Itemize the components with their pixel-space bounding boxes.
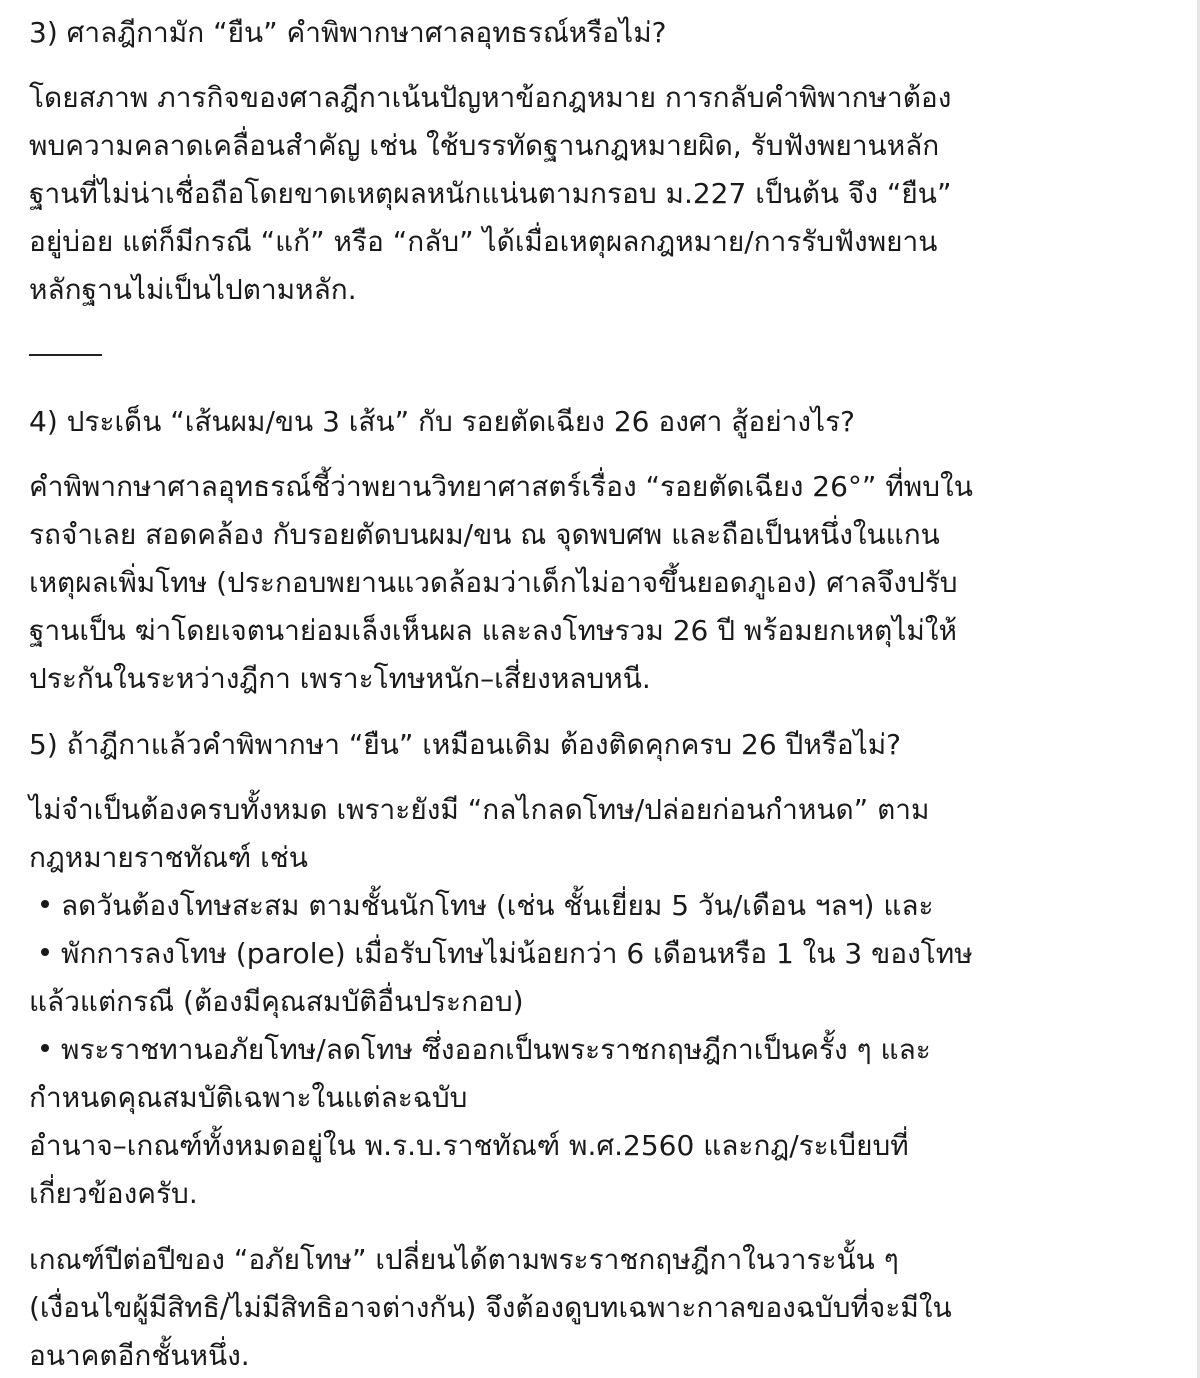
note-line: เกณฑ์ปีต่อปีของ “อภัยโทษ” เปลี่ยนได้ตามพ…: [29, 1236, 952, 1284]
bullet-text: ลดวันต้องโทษสะสม ตามชั้นนักโทษ (เช่น ชั้…: [61, 889, 934, 922]
bullet-continuation: แล้วแต่กรณี (ต้องมีคุณสมบัติอื่นประกอบ): [29, 978, 973, 1026]
answer-3-line: พบความคลาดเคลื่อนสำคัญ เช่น ใช้บรรทัดฐาน…: [29, 122, 951, 170]
answer-5-line: ไม่จำเป็นต้องครบทั้งหมด เพราะยังมี “กลไก…: [29, 786, 973, 834]
closing-line: อำนาจ–เกณฑ์ทั้งหมดอยู่ใน พ.ร.บ.ราชทัณฑ์ …: [29, 1122, 973, 1170]
bullet-item: ลดวันต้องโทษสะสม ตามชั้นนักโทษ (เช่น ชั้…: [29, 882, 973, 930]
answer-4-paragraph: คำพิพากษาศาลอุทธรณ์ชี้ว่าพยานวิทยาศาสตร์…: [29, 463, 973, 703]
question-4-heading: 4) ประเด็น “เส้นผม/ขน 3 เส้น” กับ รอยตัด…: [29, 398, 855, 446]
bullet-icon: [41, 948, 49, 956]
answer-3-line: ฐานที่ไม่น่าเชื่อถือโดยขาดเหตุผลหนักแน่น…: [29, 170, 951, 218]
note-paragraph: เกณฑ์ปีต่อปีของ “อภัยโทษ” เปลี่ยนได้ตามพ…: [29, 1236, 952, 1378]
question-5-heading: 5) ถ้าฎีกาแล้วคำพิพากษา “ยืน” เหมือนเดิม…: [29, 721, 901, 769]
answer-5-line: กฎหมายราชทัณฑ์ เช่น: [29, 834, 973, 882]
bullet-item: พระราชทานอภัยโทษ/ลดโทษ ซึ่งออกเป็นพระราช…: [29, 1026, 973, 1074]
answer-4-line: เหตุผลเพิ่มโทษ (ประกอบพยานแวดล้อมว่าเด็ก…: [29, 559, 973, 607]
section-divider: [29, 354, 102, 356]
closing-line: เกี่ยวข้องครับ.: [29, 1170, 973, 1218]
bullet-icon: [41, 1044, 49, 1052]
bullet-item: พักการลงโทษ (parole) เมื่อรับโทษไม่น้อยก…: [29, 930, 973, 978]
bullet-text: พระราชทานอภัยโทษ/ลดโทษ ซึ่งออกเป็นพระราช…: [61, 1033, 931, 1066]
document-page: 3) ศาลฎีกามัก “ยืน” คำพิพากษาศาลอุทธรณ์ห…: [0, 0, 1200, 1378]
answer-4-line: ประกันในระหว่างฎีกา เพราะโทษหนัก–เสี่ยงห…: [29, 655, 973, 703]
bullet-icon: [41, 900, 49, 908]
answer-3-line: หลักฐานไม่เป็นไปตามหลัก.: [29, 266, 951, 314]
note-line: อนาคตอีกชั้นหนึ่ง.: [29, 1332, 952, 1378]
answer-3-line: โดยสภาพ ภารกิจของศาลฎีกาเน้นปัญหาข้อกฎหม…: [29, 74, 951, 122]
question-3-heading: 3) ศาลฎีกามัก “ยืน” คำพิพากษาศาลอุทธรณ์ห…: [29, 9, 667, 57]
answer-3-paragraph: โดยสภาพ ภารกิจของศาลฎีกาเน้นปัญหาข้อกฎหม…: [29, 74, 951, 314]
answer-4-line: ฐานเป็น ฆ่าโดยเจตนาย่อมเล็งเห็นผล และลงโ…: [29, 607, 973, 655]
bullet-text: พักการลงโทษ (parole) เมื่อรับโทษไม่น้อยก…: [61, 937, 973, 970]
answer-4-line: คำพิพากษาศาลอุทธรณ์ชี้ว่าพยานวิทยาศาสตร์…: [29, 463, 973, 511]
answer-3-line: อยู่บ่อย แต่ก็มีกรณี “แก้” หรือ “กลับ” ไ…: [29, 218, 951, 266]
bullet-continuation: กำหนดคุณสมบัติเฉพาะในแต่ละฉบับ: [29, 1074, 973, 1122]
note-line: (เงื่อนไขผู้มีสิทธิ/ไม่มีสิทธิอาจต่างกัน…: [29, 1284, 952, 1332]
answer-5-paragraph: ไม่จำเป็นต้องครบทั้งหมด เพราะยังมี “กลไก…: [29, 786, 973, 1218]
answer-4-line: รถจำเลย สอดคล้อง กับรอยตัดบนผม/ขน ณ จุดพ…: [29, 511, 973, 559]
